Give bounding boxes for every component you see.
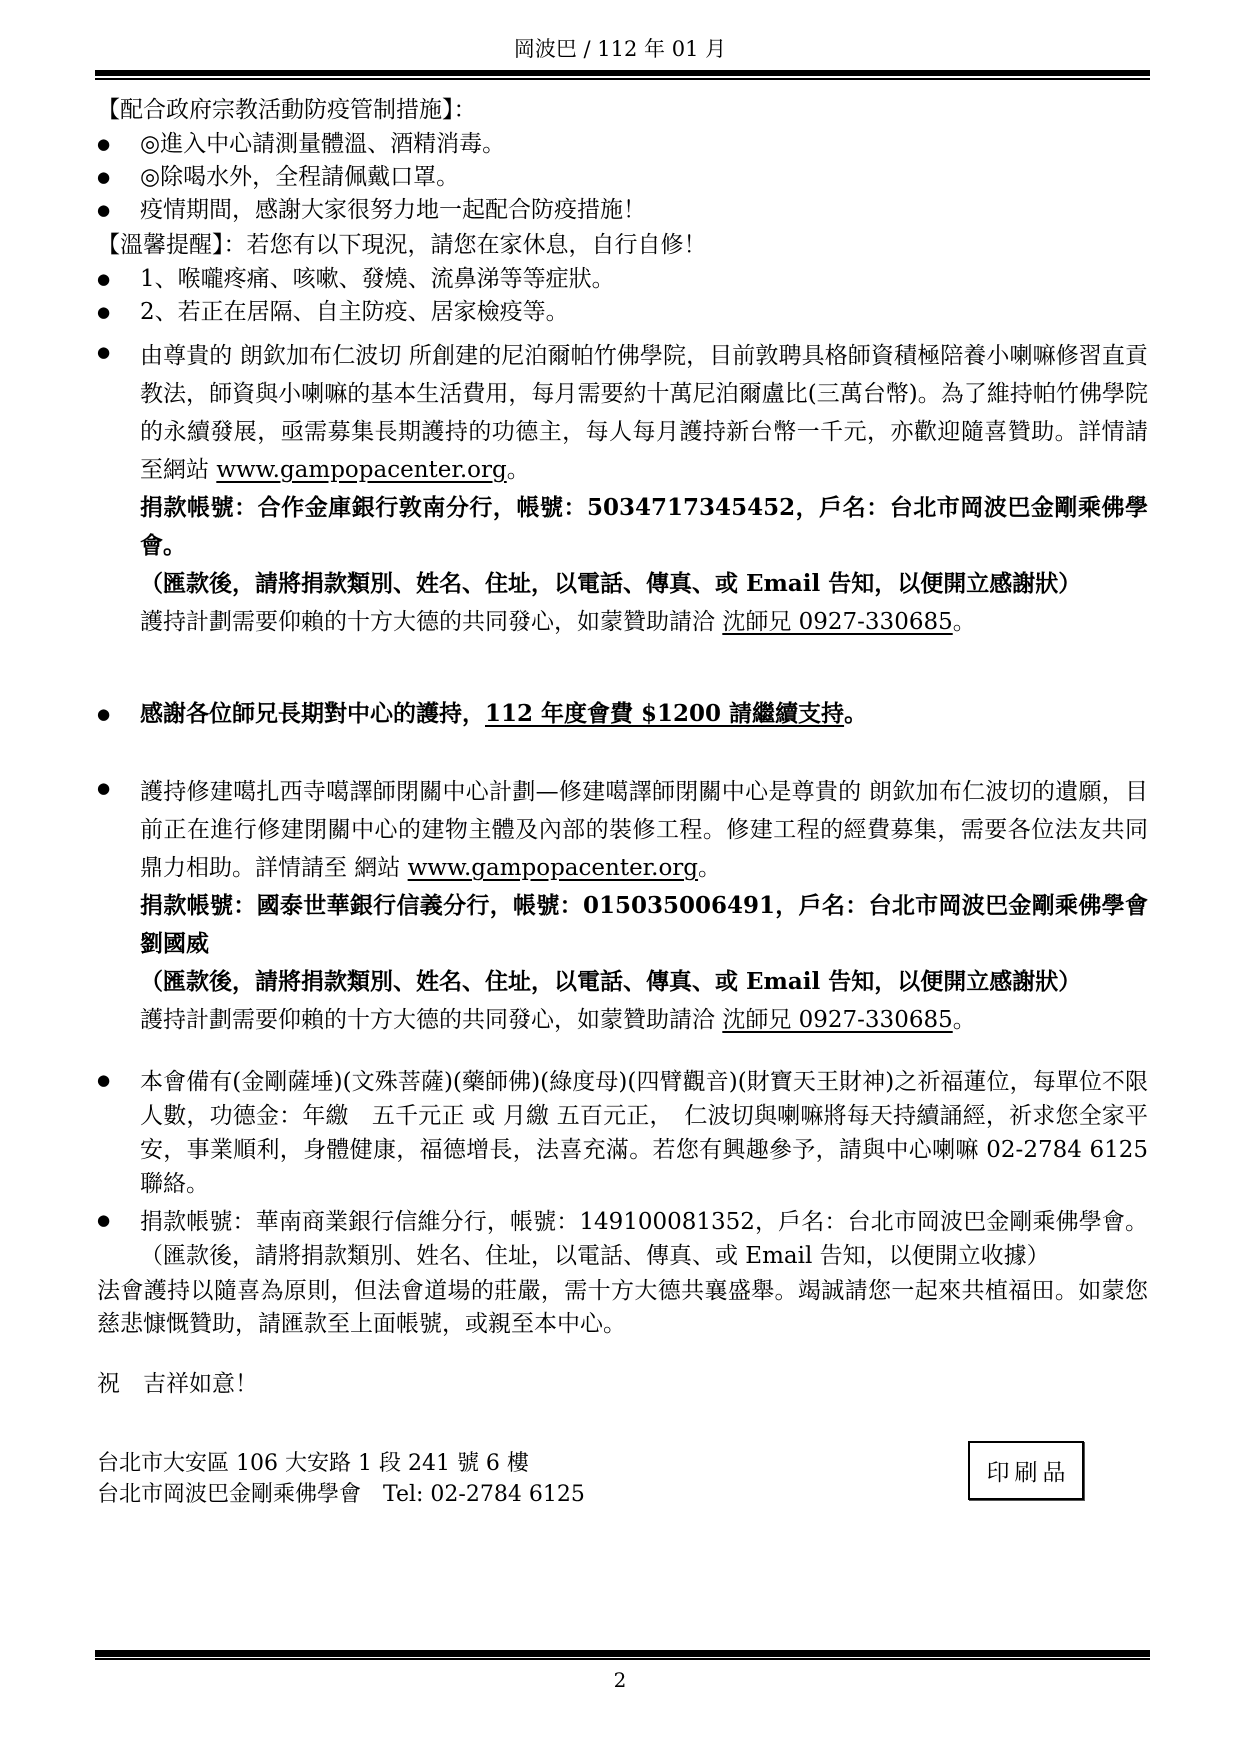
contact-line: 護持計劃需要仰賴的十方大德的共同發心，如蒙贊助請洽 沈師兄 0927-33068… (140, 603, 1148, 641)
remittance-note: （匯款後，請將捐款類別、姓名、住址，以電話、傳真、或 Email 告知，以便開立… (140, 963, 1148, 1001)
list-item-text: 1、喉嚨疼痛、咳嗽、發燒、流鼻涕等等症狀。 (140, 264, 1148, 294)
contact-phone: 沈師兄 0927-330685 (722, 1007, 952, 1033)
patruk-support-section: ● 由尊貴的 朗欽加布仁波切 所創建的尼泊爾帕竹佛學院，目前敦聘具格師資積極陪養… (97, 337, 1148, 641)
huanan-account-section: ● 捐款帳號：華南商業銀行信維分行，帳號：149100081352，戶名：台北市… (97, 1205, 1148, 1273)
list-item: ● 2、若正在居隔、自主防疫、居家檢疫等。 (97, 297, 1148, 327)
footer-rule (95, 1650, 1150, 1660)
closing-paragraph: 法會護持以隨喜為原則，但法會道場的莊嚴，需十方大德共襄盛舉。竭誠請您一起來共植福… (97, 1275, 1148, 1341)
membership-fee-text: 感謝各位師兄長期對中心的護持，112 年度會費 $1200 請繼續支持。 (140, 699, 1148, 729)
footer-address: 台北市大安區 106 大安路 1 段 241 號 6 樓 台北市岡波巴金剛乘佛學… (97, 1448, 585, 1510)
covid-measures-heading: 【配合政府宗教活動防疫管制措施】： (97, 94, 1148, 126)
list-item: ● 疫情期間，感謝大家很努力地一起配合防疫措施！ (97, 195, 1148, 225)
list-item-text: ◎除喝水外，全程請佩戴口罩。 (140, 162, 1148, 192)
bullet-icon: ● (97, 195, 140, 225)
donation-account-line: 捐款帳號：國泰世華銀行信義分行，帳號：015035006491，戶名：台北市岡波… (140, 887, 1148, 963)
blessing-line: 祝 吉祥如意！ (97, 1369, 1148, 1399)
header-rule (95, 70, 1150, 80)
document-body: 【配合政府宗教活動防疫管制措施】： ● ◎進入中心請測量體溫、酒精消毒。 ● ◎… (0, 80, 1240, 1399)
address-line: 台北市岡波巴金剛乘佛學會 Tel: 02-2784 6125 (97, 1479, 585, 1510)
donation-account-line: 捐款帳號：華南商業銀行信維分行，帳號：149100081352，戶名：台北市岡波… (140, 1205, 1148, 1273)
paragraph-text: 由尊貴的 朗欽加布仁波切 所創建的尼泊爾帕竹佛學院，目前敦聘具格師資積極陪養小喇… (140, 337, 1148, 489)
page-number: 2 (0, 1668, 1240, 1692)
bullet-icon: ● (97, 337, 140, 641)
bullet-icon: ● (97, 264, 140, 294)
document-page: 岡波巴 / 112 年 01 月 【配合政府宗教活動防疫管制措施】： ● ◎進入… (0, 0, 1240, 1754)
reminder-heading: 【溫馨提醒】：若您有以下現況，請您在家休息，自行自修！ (97, 229, 1148, 261)
list-item: ● ◎除喝水外，全程請佩戴口罩。 (97, 162, 1148, 192)
bullet-icon: ● (97, 1205, 140, 1273)
paragraph-text: 護持修建噶扎西寺噶譯師閉關中心計劃—修建噶譯師閉關中心是尊貴的 朗欽加布仁波切的… (140, 773, 1148, 887)
membership-fee-notice: ● 感謝各位師兄長期對中心的護持，112 年度會費 $1200 請繼續支持。 (97, 699, 1148, 729)
contact-line: 護持計劃需要仰賴的十方大德的共同發心，如蒙贊助請洽 沈師兄 0927-33068… (140, 1001, 1148, 1039)
remittance-note: （匯款後，請將捐款類別、姓名、住址，以電話、傳真、或 Email 告知，以便開立… (140, 565, 1148, 603)
bullet-icon: ● (97, 1065, 140, 1201)
bullet-icon: ● (97, 297, 140, 327)
list-item-text: 疫情期間，感謝大家很努力地一起配合防疫措施！ (140, 195, 1148, 225)
list-item: ● 1、喉嚨疼痛、咳嗽、發燒、流鼻涕等等症狀。 (97, 264, 1148, 294)
header-title: 岡波巴 / 112 年 01 月 (0, 0, 1240, 62)
list-item-text: ◎進入中心請測量體溫、酒精消毒。 (140, 129, 1148, 159)
bullet-icon: ● (97, 699, 140, 729)
list-item: ● ◎進入中心請測量體溫、酒精消毒。 (97, 129, 1148, 159)
printed-matter-stamp: 印刷品 (968, 1441, 1084, 1500)
lotus-seat-section: ● 本會備有(金剛薩埵)(文殊菩薩)(藥師佛)(綠度母)(四臂觀音)(財寶天王財… (97, 1065, 1148, 1201)
list-item-text: 2、若正在居隔、自主防疫、居家檢疫等。 (140, 297, 1148, 327)
address-line: 台北市大安區 106 大安路 1 段 241 號 6 樓 (97, 1448, 585, 1479)
bullet-icon: ● (97, 162, 140, 192)
donation-account-line: 捐款帳號：合作金庫銀行敦南分行，帳號：5034717345452，戶名：台北市岡… (140, 489, 1148, 565)
bullet-icon: ● (97, 129, 140, 159)
retreat-center-section: ● 護持修建噶扎西寺噶譯師閉關中心計劃—修建噶譯師閉關中心是尊貴的 朗欽加布仁波… (97, 773, 1148, 1039)
gampopa-website-link[interactable]: www.gampopacenter.org (408, 855, 698, 881)
paragraph-text: 本會備有(金剛薩埵)(文殊菩薩)(藥師佛)(綠度母)(四臂觀音)(財寶天王財神)… (140, 1065, 1148, 1201)
contact-phone: 沈師兄 0927-330685 (722, 609, 952, 635)
bullet-icon: ● (97, 773, 140, 1039)
gampopa-website-link[interactable]: www.gampopacenter.org (216, 457, 506, 483)
